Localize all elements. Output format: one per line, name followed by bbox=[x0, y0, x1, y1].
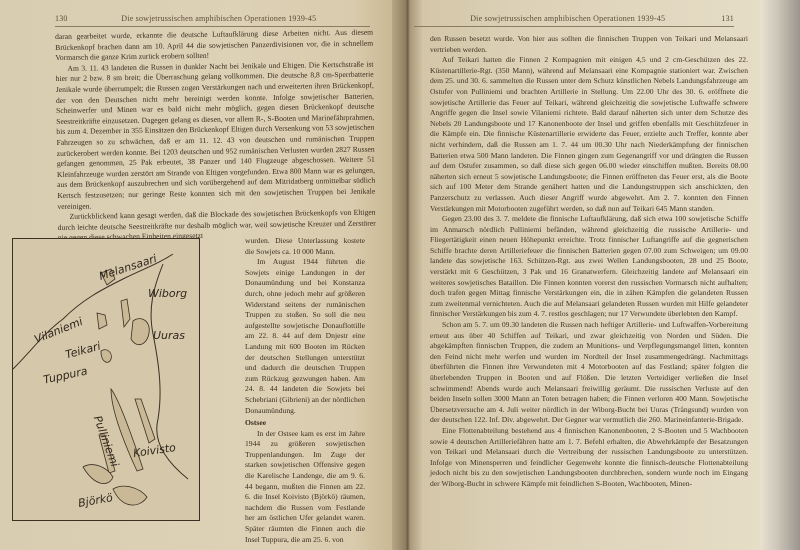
paragraph: Gegen 23.00 des 3. 7. meldete die finnis… bbox=[430, 214, 748, 320]
map-figure: Melansaari Wiborg Vilaniemi Teikari Uura… bbox=[12, 238, 200, 521]
left-running-head: 130 Die sowjetrussischen amphibischen Op… bbox=[55, 14, 370, 23]
left-running-title: Die sowjetrussischen amphibischen Operat… bbox=[121, 14, 316, 23]
paragraph: Auf Teikari hatten die Finnen 2 Kompagni… bbox=[430, 55, 748, 214]
left-body-text: daran gearbeitet wurde, erkannte die deu… bbox=[55, 28, 376, 244]
left-header-rule bbox=[55, 26, 370, 27]
left-book-page: 130 Die sowjetrussischen amphibischen Op… bbox=[0, 0, 392, 550]
book-gutter bbox=[392, 0, 422, 550]
section-heading: Ostsee bbox=[245, 418, 365, 429]
map-label-wiborg: Wiborg bbox=[148, 287, 187, 300]
left-column-text: wurden. Diese Unterlassung kostete die S… bbox=[245, 236, 365, 545]
right-body-text: den Russen besetzt wurde. Von hier aus s… bbox=[430, 34, 748, 490]
right-book-page: Die sowjetrussischen amphibischen Operat… bbox=[422, 0, 760, 550]
right-header-rule bbox=[414, 26, 734, 27]
paragraph: Im August 1944 führten die Sowjets einig… bbox=[245, 257, 365, 416]
background-edge bbox=[760, 0, 800, 550]
right-page-number: 131 bbox=[721, 14, 734, 23]
paragraph: Eine Flottenabteilung bestehend aus 4 fi… bbox=[430, 426, 748, 490]
map-label-uuras: Uuras bbox=[153, 329, 185, 342]
paragraph: In der Ostsee kam es erst im Jahre 1944 … bbox=[245, 429, 365, 546]
paragraph: den Russen besetzt wurde. Von hier aus s… bbox=[430, 34, 748, 55]
paragraph: Schon am 5. 7. um 09.30 landeten die Rus… bbox=[430, 320, 748, 426]
left-page-number: 130 bbox=[55, 14, 68, 23]
paragraph: daran gearbeitet wurde, erkannte die deu… bbox=[55, 28, 373, 64]
paragraph: wurden. Diese Unterlassung kostete die S… bbox=[245, 236, 365, 257]
paragraph: Am 3. 11. 43 landeten die Russen in dunk… bbox=[55, 59, 375, 212]
right-running-title: Die sowjetrussischen amphibischen Operat… bbox=[470, 14, 665, 23]
right-running-head: Die sowjetrussischen amphibischen Operat… bbox=[414, 14, 734, 23]
